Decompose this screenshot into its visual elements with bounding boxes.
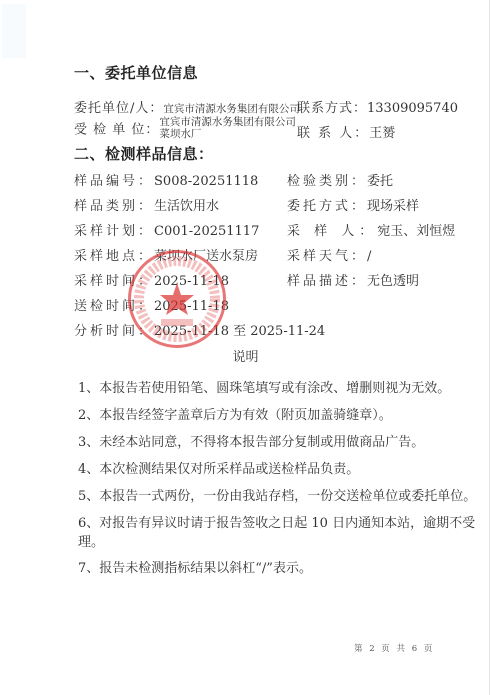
note-item: 6、对报告有异议时请于报告签收之日起 10 日内通知本站，逾期不受: [78, 512, 475, 531]
sample-category-value: 生活饮用水: [154, 199, 219, 214]
sample-id-value: S008-20251118: [154, 174, 258, 189]
sampler-value: 宛玉、刘恒煜: [377, 224, 455, 239]
note-item: 理。: [78, 531, 104, 550]
note-item: 4、本次检测结果仅对所采样品或送检样品负责。: [78, 458, 359, 477]
inspected-value-line2: 菜坝水厂: [159, 128, 201, 140]
sampling-plan-value: C001-20251117: [154, 224, 259, 239]
star-icon: [131, 253, 223, 345]
note-item: 3、未经本站同意，不得将本报告部分复制或用做商品广告。: [78, 431, 424, 450]
sample-row: 委托方式：现场采样: [287, 195, 419, 214]
sample-category-label: 样品类别：: [74, 199, 154, 214]
sample-row: 采样计划：C001-20251117: [74, 220, 259, 239]
inspection-type-value: 委托: [367, 174, 393, 189]
commission-method-value: 现场采样: [367, 199, 419, 214]
sample-row: 样品编号：S008-20251118: [74, 170, 258, 189]
scan-artifact: [2, 4, 26, 58]
commission-method-label: 委托方式：: [287, 199, 367, 214]
contact-method-value: 13309095740: [367, 101, 458, 116]
note-item: 2、本报告经签字盖章后方为有效（附页加盖骑缝章）。: [78, 404, 392, 423]
inspected-unit-row: 受 检 单 位：宜宾市清源水务集团有限公司菜坝水厂: [74, 116, 296, 140]
contact-method-label: 联系方式：: [297, 101, 367, 116]
page-number: 第 2 页 共 6 页: [354, 642, 434, 654]
contact-person-label: 联 系 人：: [297, 126, 369, 141]
sampling-plan-label: 采样计划：: [74, 224, 154, 239]
sample-row: 采 样 人：宛玉、刘恒煜: [287, 220, 455, 239]
sample-description-label: 样品描述：: [287, 274, 367, 289]
note-item: 5、本报告一式两份，一份由我站存档，一份交送检单位或委托单位。: [78, 485, 476, 504]
client-row: 委托单位/人：宜宾市清源水务集团有限公司: [74, 97, 300, 116]
client-value: 宜宾市清源水务集团有限公司: [163, 103, 300, 115]
note-item: 7、报告未检测指标结果以斜杠“/”表示。: [78, 557, 312, 576]
contact-method-row: 联系方式：13309095740: [297, 97, 458, 116]
official-seal-stamp: [128, 250, 226, 348]
client-label: 委托单位/人：: [74, 101, 163, 116]
sample-row: 样品类别：生活饮用水: [74, 195, 219, 214]
note-item: 1、本报告若使用铅笔、圆珠笔填写或有涂改、增删则视为无效。: [78, 377, 450, 396]
sample-row: 样品描述：无色透明: [287, 270, 419, 289]
sampler-label: 采 样 人：: [287, 224, 377, 239]
sampling-weather-value: /: [367, 249, 371, 264]
contact-person-value: 王赟: [369, 126, 395, 141]
sample-id-label: 样品编号：: [74, 174, 154, 189]
section2-title: 二、检测样品信息：: [74, 143, 214, 164]
inspection-type-label: 检验类别：: [287, 174, 367, 189]
sampling-weather-label: 采样天气：: [287, 249, 367, 264]
contact-person-row: 联 系 人：王赟: [297, 122, 395, 141]
inspected-value-line1: 宜宾市清源水务集团有限公司: [159, 116, 296, 128]
inspected-label: 受 检 单 位：: [74, 123, 159, 138]
notes-title: 说明: [0, 346, 491, 365]
section1-title: 一、委托单位信息: [74, 62, 198, 83]
sample-row: 采样天气：/: [287, 245, 371, 264]
inspected-value: 宜宾市清源水务集团有限公司菜坝水厂: [159, 116, 296, 140]
sample-description-value: 无色透明: [367, 274, 419, 289]
sample-row: 检验类别：委托: [287, 170, 393, 189]
report-page: 一、委托单位信息 委托单位/人：宜宾市清源水务集团有限公司 联系方式：13309…: [0, 0, 491, 695]
